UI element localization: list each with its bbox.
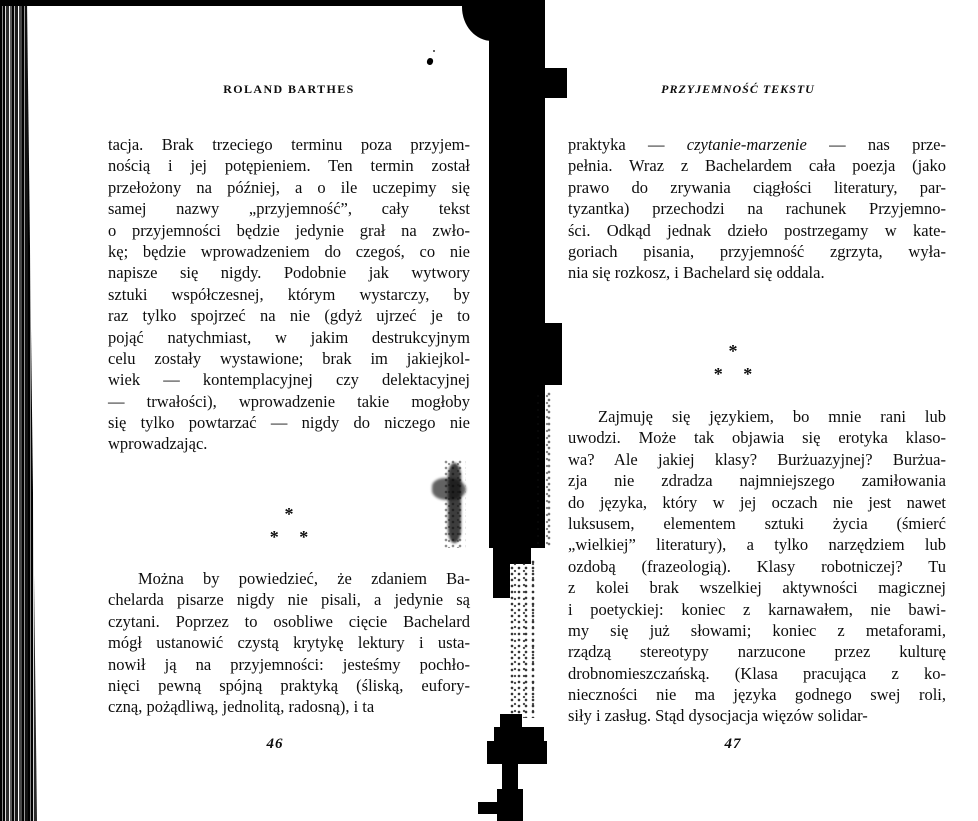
- gutter-blob-foot: [478, 802, 520, 814]
- asterisk-top: *: [568, 340, 898, 363]
- text-line: o przyjemności będzie jedynie grał na zw…: [108, 220, 470, 241]
- section-break-asterisks-right: * * *: [568, 340, 898, 386]
- spine-shadow-step-tail: [493, 548, 510, 598]
- text-line: pełnia. Wraz z Bachelardem cała poezja (…: [568, 155, 946, 176]
- text-line: celu zostały wystawione; brak im jakiejk…: [108, 348, 470, 369]
- text-line: uwodzi. Może tak objawia się erotyka kla…: [568, 427, 946, 448]
- text-line: mógł ustanowić czystą krytykę lektury i …: [108, 632, 470, 653]
- ink-speck-small: [433, 50, 435, 52]
- text-line-with-italic: praktyka — czytanie-marzenie — nas prze-: [568, 134, 946, 155]
- text-line: my się już słowami; koniec z metaforami,: [568, 620, 946, 641]
- spine-shadow-bump-mid: [543, 323, 562, 385]
- text-line: wiek — kontemplacyjnej czy delektacyjnej: [108, 369, 470, 390]
- text-line: tacja. Brak trzeciego terminu poza przyj…: [108, 134, 470, 155]
- text-line: się tylko powtarzać — nigdy do niczego n…: [108, 412, 470, 433]
- asterisk-pair: * *: [108, 526, 470, 549]
- text-line: czytani. Poprzez to osobliwe cięcie Bach…: [108, 611, 470, 632]
- asterisk-pair: * *: [568, 363, 898, 386]
- text-line: kę; będzie wprowadzeniem do czegoś, co n…: [108, 241, 470, 262]
- text-line: drobnomieszczańską. (Klasa pracująca z k…: [568, 663, 946, 684]
- line-pre-text: praktyka —: [568, 135, 687, 154]
- asterisk-top: *: [108, 503, 470, 526]
- text-line: z kolei brak wszelkiej aktywności magicz…: [568, 577, 946, 598]
- line-post-text: — nas prze-: [807, 135, 946, 154]
- text-line: napisze się nigdy. Podobnie jak wytwory: [108, 262, 470, 283]
- text-line: wa? Ale jakiej klasy? Burżuazyjnej? Burż…: [568, 449, 946, 470]
- text-line: nia się rozkosz, i Bachelard się oddala.: [568, 262, 946, 283]
- text-line: przełożony na później, a o ile uczepimy …: [108, 177, 470, 198]
- text-line: sztuki współczesnej, którym wystarczy, b…: [108, 284, 470, 305]
- running-header-title: PRZYJEMNOŚĆ TEKSTU: [568, 82, 908, 97]
- text-line: Zajmuję się językiem, bo mnie rani lub: [568, 406, 946, 427]
- text-line: siły i zasług. Stąd dysocjacja więzów so…: [568, 705, 946, 726]
- text-line: chelarda pisarze nigdy nie pisali, a jed…: [108, 589, 470, 610]
- section-break-asterisks-left: * * *: [108, 503, 470, 549]
- left-paragraph-2: Można by powiedzieć, że zdaniem Ba-chela…: [108, 568, 470, 718]
- text-line: nieczności nie ma języka godnego swej ro…: [568, 684, 946, 705]
- spine-speckle-upper: [533, 392, 551, 547]
- page-number-right: 47: [568, 736, 898, 753]
- running-header-author: ROLAND BARTHES: [108, 82, 470, 97]
- page-number-left: 46: [108, 736, 442, 753]
- right-paragraph-1-rest: pełnia. Wraz z Bachelardem cała poezja (…: [568, 155, 946, 283]
- text-line: ści. Odkąd jednak dzieło postrzegamy w k…: [568, 220, 946, 241]
- text-line: czną, pożądliwą, jednolitą, radosną), i …: [108, 696, 470, 717]
- text-line: nięci pewną spójną praktyką (śliską, euf…: [108, 675, 470, 696]
- text-line: „wielkiej” literatury), a tylko narzędzi…: [568, 534, 946, 555]
- text-line: Można by powiedzieć, że zdaniem Ba-: [108, 568, 470, 589]
- right-paragraph-2: Zajmuję się językiem, bo mnie rani lubuw…: [568, 406, 946, 727]
- text-line: wprowadzając.: [108, 433, 470, 454]
- text-line: raz tylko spojrzeć na nie (gdyż ujrzeć j…: [108, 305, 470, 326]
- text-line: nowił ją na przyjemności: jesteśmy pochł…: [108, 654, 470, 675]
- right-paragraph-1: praktyka — czytanie-marzenie — nas prze-…: [568, 134, 946, 284]
- text-line: nością i jej potępieniem. Ten termin zos…: [108, 155, 470, 176]
- text-line: i poetyckiej: koniec z karnawałem, nie b…: [568, 599, 946, 620]
- italic-term: czytanie-marzenie: [687, 135, 807, 154]
- text-line: goriach pisania, przyjemność zgrzyta, wy…: [568, 241, 946, 262]
- text-line: luksusem, elementem sztuki życia (śmierć: [568, 513, 946, 534]
- text-line: zja nie zdradza najmniejszego zamiłowani…: [568, 470, 946, 491]
- text-line: — trwałości), wprowadzenie takie mogłoby: [108, 391, 470, 412]
- text-line: prawo do zrywania ciągłości literatury, …: [568, 177, 946, 198]
- text-line: ozdobą (frazeologią). Klasy robotniczej?…: [568, 556, 946, 577]
- spine-shadow-bump-top: [543, 68, 567, 98]
- text-line: do języka, który w jej oczach nie jest n…: [568, 492, 946, 513]
- text-line: pojąć natychmiast, w jakim destrukcyjnym: [108, 327, 470, 348]
- spine-speckle-lower: [510, 560, 538, 718]
- ink-speck: [426, 57, 434, 66]
- book-edge-stripes: [0, 0, 40, 821]
- left-paragraph-1: tacja. Brak trzeciego terminu poza przyj…: [108, 134, 470, 455]
- text-line: rządzą stereotypy narzucone przez kultur…: [568, 641, 946, 662]
- book-scan-spread: ROLAND BARTHES tacja. Brak trzeciego ter…: [0, 0, 978, 821]
- text-line: tyzantka) przechodzi na rachunek Przyjem…: [568, 198, 946, 219]
- text-line: samej nazwy „przyjemność”, cały tekst: [108, 198, 470, 219]
- gutter-blob-3: [487, 741, 547, 764]
